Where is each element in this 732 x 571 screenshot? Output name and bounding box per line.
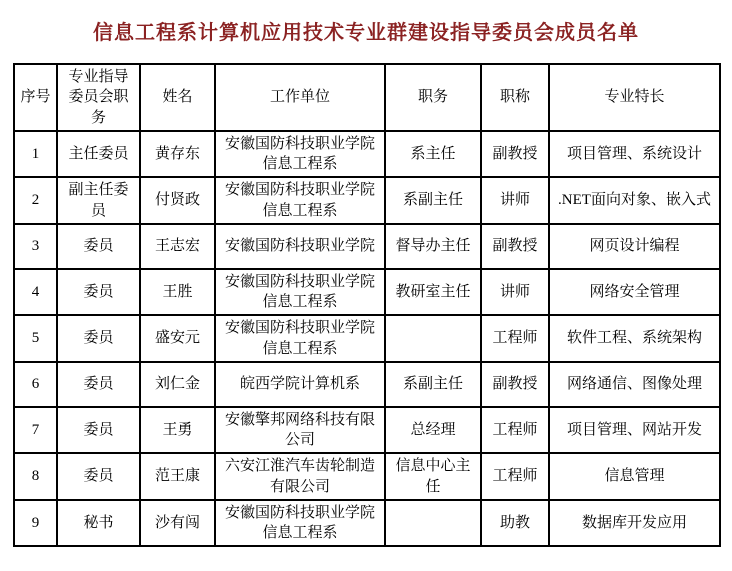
cell-serial-number: 9 (14, 500, 57, 547)
cell-position: 督导办主任 (385, 224, 481, 269)
cell-rank: 讲师 (481, 177, 549, 224)
table-row: 2 副主任委员 付贤政 安徽国防科技职业学院信息工程系 系副主任 讲师 .NET… (14, 177, 720, 224)
cell-specialty: .NET面向对象、嵌入式 (549, 177, 720, 224)
cell-specialty: 项目管理、系统设计 (549, 131, 720, 178)
cell-committee-role: 副主任委员 (57, 177, 140, 224)
cell-position (385, 500, 481, 547)
cell-name: 刘仁金 (140, 362, 215, 407)
cell-work-unit: 安徽国防科技职业学院信息工程系 (215, 177, 385, 224)
cell-committee-role: 委员 (57, 362, 140, 407)
cell-rank: 讲师 (481, 269, 549, 316)
cell-name: 王志宏 (140, 224, 215, 269)
cell-position: 总经理 (385, 407, 481, 454)
table-header-row: 序号 专业指导委员会职务 姓名 工作单位 职务 职称 专业特长 (14, 64, 720, 131)
cell-serial-number: 1 (14, 131, 57, 178)
cell-rank: 工程师 (481, 407, 549, 454)
cell-position: 系副主任 (385, 177, 481, 224)
cell-work-unit: 安徽国防科技职业学院 (215, 224, 385, 269)
document-page: 信息工程系计算机应用技术专业群建设指导委员会成员名单 序号 专业指导委员会职务 … (0, 16, 732, 547)
header-serial-number: 序号 (14, 64, 57, 131)
cell-serial-number: 3 (14, 224, 57, 269)
cell-position (385, 315, 481, 362)
cell-rank: 副教授 (481, 362, 549, 407)
cell-work-unit: 皖西学院计算机系 (215, 362, 385, 407)
cell-committee-role: 委员 (57, 315, 140, 362)
header-work-unit: 工作单位 (215, 64, 385, 131)
cell-specialty: 网络安全管理 (549, 269, 720, 316)
cell-serial-number: 7 (14, 407, 57, 454)
cell-specialty: 网页设计编程 (549, 224, 720, 269)
table-row: 9 秘书 沙有闯 安徽国防科技职业学院信息工程系 助教 数据库开发应用 (14, 500, 720, 547)
cell-serial-number: 4 (14, 269, 57, 316)
table-row: 5 委员 盛安元 安徽国防科技职业学院信息工程系 工程师 软件工程、系统架构 (14, 315, 720, 362)
table-row: 4 委员 王胜 安徽国防科技职业学院信息工程系 教研室主任 讲师 网络安全管理 (14, 269, 720, 316)
cell-serial-number: 5 (14, 315, 57, 362)
cell-work-unit: 安徽国防科技职业学院信息工程系 (215, 315, 385, 362)
cell-rank: 副教授 (481, 131, 549, 178)
cell-serial-number: 6 (14, 362, 57, 407)
cell-specialty: 软件工程、系统架构 (549, 315, 720, 362)
table-row: 3 委员 王志宏 安徽国防科技职业学院 督导办主任 副教授 网页设计编程 (14, 224, 720, 269)
committee-member-table: 序号 专业指导委员会职务 姓名 工作单位 职务 职称 专业特长 1 主任委员 黄… (13, 63, 721, 547)
cell-name: 沙有闯 (140, 500, 215, 547)
cell-position: 系副主任 (385, 362, 481, 407)
cell-serial-number: 8 (14, 453, 57, 500)
cell-specialty: 信息管理 (549, 453, 720, 500)
page-title: 信息工程系计算机应用技术专业群建设指导委员会成员名单 (8, 16, 724, 45)
cell-name: 范王康 (140, 453, 215, 500)
table-row: 6 委员 刘仁金 皖西学院计算机系 系副主任 副教授 网络通信、图像处理 (14, 362, 720, 407)
cell-position: 信息中心主任 (385, 453, 481, 500)
cell-position: 系主任 (385, 131, 481, 178)
cell-work-unit: 安徽国防科技职业学院信息工程系 (215, 131, 385, 178)
cell-work-unit: 六安江淮汽车齿轮制造有限公司 (215, 453, 385, 500)
cell-committee-role: 委员 (57, 269, 140, 316)
cell-committee-role: 委员 (57, 407, 140, 454)
table-row: 8 委员 范王康 六安江淮汽车齿轮制造有限公司 信息中心主任 工程师 信息管理 (14, 453, 720, 500)
header-committee-role: 专业指导委员会职务 (57, 64, 140, 131)
cell-work-unit: 安徽擎邦网络科技有限公司 (215, 407, 385, 454)
header-position: 职务 (385, 64, 481, 131)
cell-name: 盛安元 (140, 315, 215, 362)
cell-committee-role: 委员 (57, 224, 140, 269)
header-name: 姓名 (140, 64, 215, 131)
cell-name: 王勇 (140, 407, 215, 454)
cell-rank: 工程师 (481, 315, 549, 362)
cell-specialty: 项目管理、网站开发 (549, 407, 720, 454)
cell-rank: 工程师 (481, 453, 549, 500)
cell-name: 王胜 (140, 269, 215, 316)
table-row: 1 主任委员 黄存东 安徽国防科技职业学院信息工程系 系主任 副教授 项目管理、… (14, 131, 720, 178)
cell-committee-role: 主任委员 (57, 131, 140, 178)
cell-position: 教研室主任 (385, 269, 481, 316)
cell-serial-number: 2 (14, 177, 57, 224)
cell-rank: 助教 (481, 500, 549, 547)
cell-rank: 副教授 (481, 224, 549, 269)
cell-name: 付贤政 (140, 177, 215, 224)
cell-name: 黄存东 (140, 131, 215, 178)
cell-specialty: 网络通信、图像处理 (549, 362, 720, 407)
cell-committee-role: 秘书 (57, 500, 140, 547)
header-specialty: 专业特长 (549, 64, 720, 131)
cell-work-unit: 安徽国防科技职业学院信息工程系 (215, 500, 385, 547)
table-row: 7 委员 王勇 安徽擎邦网络科技有限公司 总经理 工程师 项目管理、网站开发 (14, 407, 720, 454)
cell-work-unit: 安徽国防科技职业学院信息工程系 (215, 269, 385, 316)
cell-committee-role: 委员 (57, 453, 140, 500)
header-rank: 职称 (481, 64, 549, 131)
cell-specialty: 数据库开发应用 (549, 500, 720, 547)
